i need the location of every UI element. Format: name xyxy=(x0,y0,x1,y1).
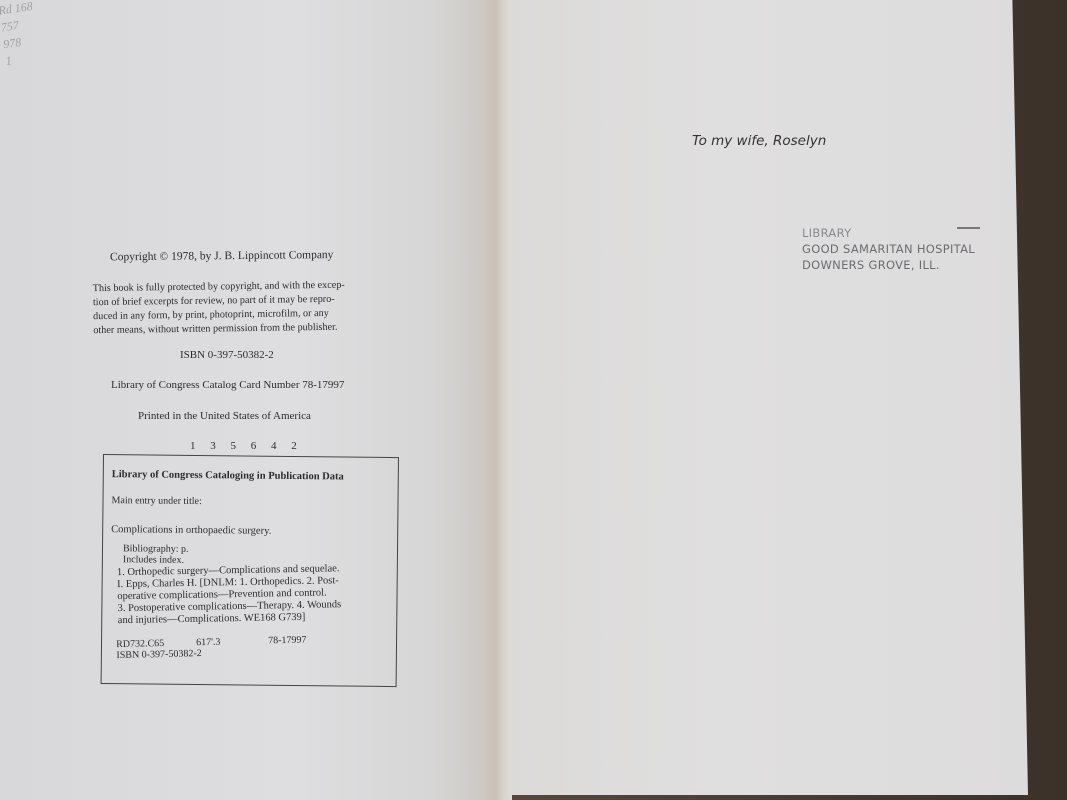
catalog-card-number: Library of Congress Catalog Card Number … xyxy=(111,379,344,391)
copyright-notice: This book is fully protected by copyrigh… xyxy=(93,278,404,338)
stamp-mark xyxy=(957,227,980,229)
book-gutter xyxy=(482,0,512,800)
pencil-annotation: Rd 168 757 978 1 xyxy=(0,0,41,70)
book-spread: Rd 168 757 978 1 Copyright © 1978, by J.… xyxy=(0,0,1037,800)
cip-subject-headings: 1. Orthopedic surgery—Complications and … xyxy=(117,562,394,627)
dedication-page xyxy=(508,0,1028,795)
copyright-line: Copyright © 1978, by J. B. Lippincott Co… xyxy=(110,249,370,264)
cip-notes: Bibliography: p. Includes index. xyxy=(123,543,189,566)
cip-work-title: Complications in orthopaedic surgery. xyxy=(111,524,271,537)
cip-data-box: Library of Congress Cataloging in Public… xyxy=(101,454,399,687)
cip-classification: RD732.C65617'.378-17997 ISBN 0-397-50382… xyxy=(116,634,307,661)
dedication-text: To my wife, Roselyn xyxy=(692,133,826,149)
isbn-line: ISBN 0-397-50382-2 xyxy=(180,349,274,361)
printed-in-line: Printed in the United States of America xyxy=(138,410,311,422)
library-stamp: LIBRARY GOOD SAMARITAN HOSPITAL DOWNERS … xyxy=(802,225,975,273)
cip-main-entry: Main entry under title: xyxy=(111,495,201,507)
cip-title: Library of Congress Cataloging in Public… xyxy=(112,469,344,482)
copyright-page: Rd 168 757 978 1 Copyright © 1978, by J.… xyxy=(0,0,490,800)
print-run-numbers: 1 3 5 6 4 2 xyxy=(190,440,303,452)
